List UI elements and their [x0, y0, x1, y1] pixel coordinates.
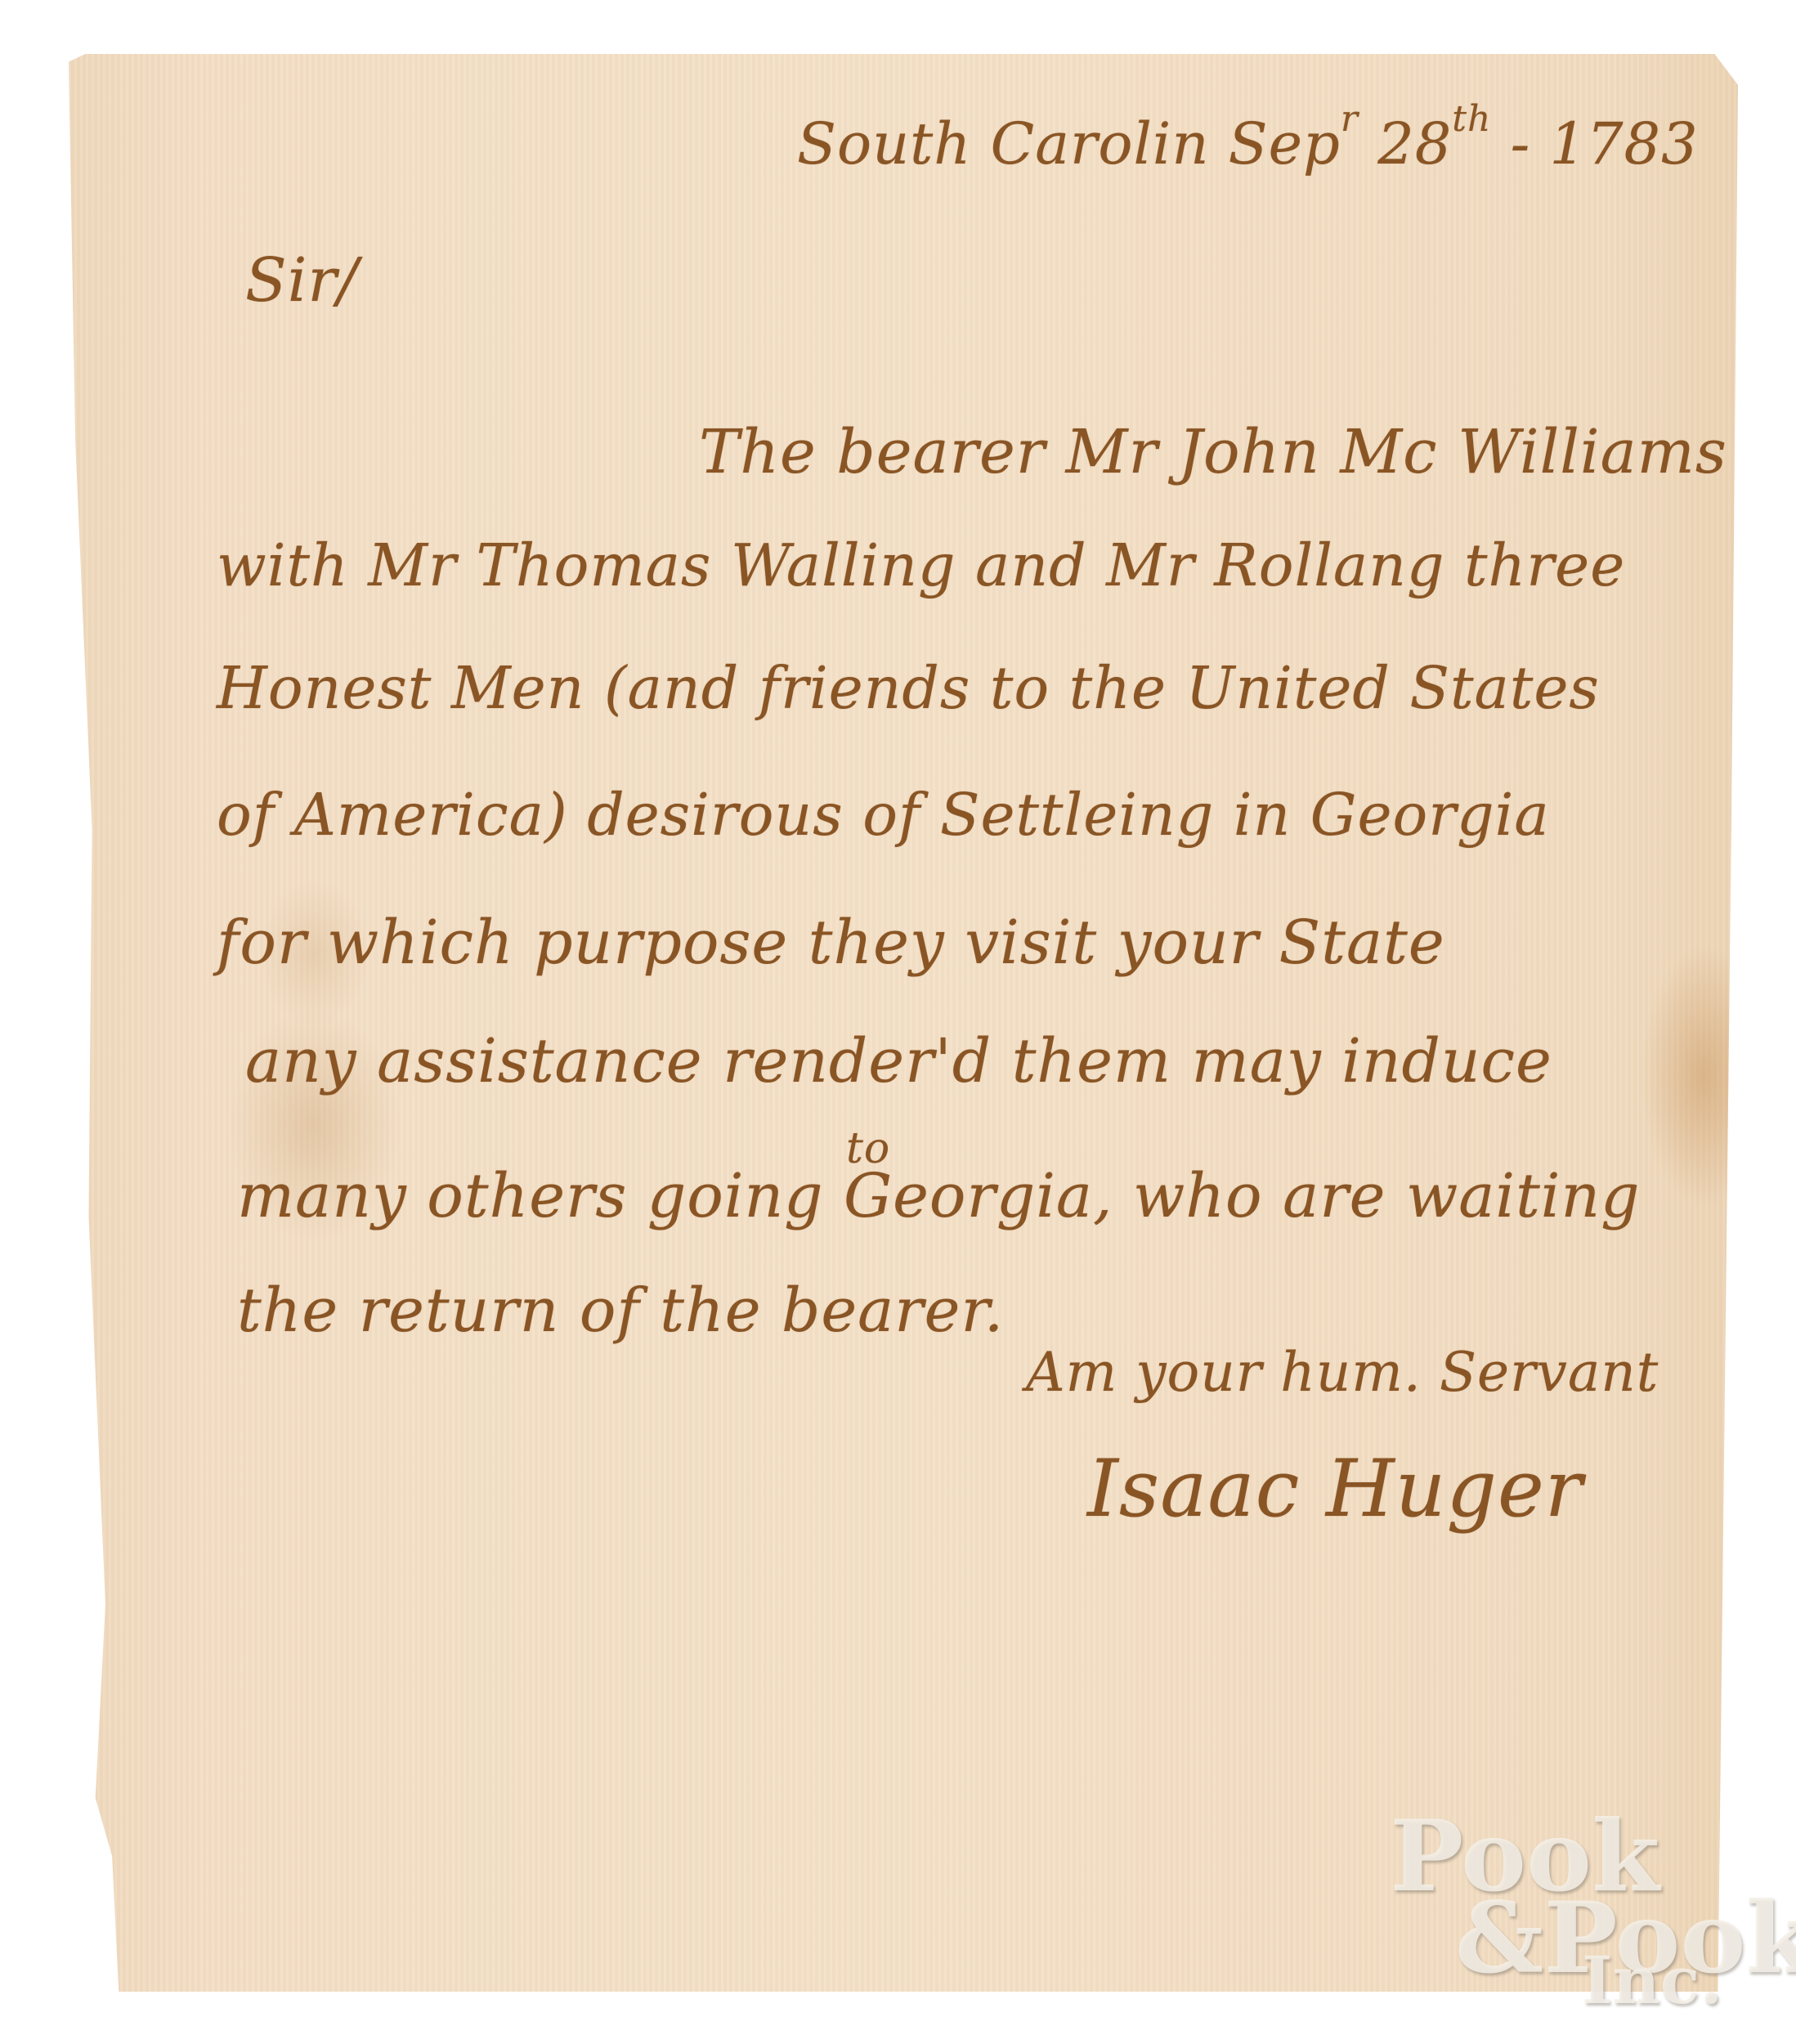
dateline-year: - 1783 [1511, 110, 1699, 177]
body-line-4: of America) desirous of Settleing in Geo… [217, 781, 1550, 849]
body-line-6: any assistance render'd them may induce [245, 1026, 1552, 1096]
body-line-3: Honest Men (and friends to the United St… [217, 654, 1600, 722]
dateline: South Carolin Sepr 28th - 1783 [797, 98, 1699, 177]
body-line-7: many others going Georgia, who are waiti… [237, 1161, 1641, 1231]
watermark-line-3: Inc. [1582, 1942, 1722, 2019]
signature: Isaac Huger [1087, 1443, 1583, 1535]
body-line-1: The bearer Mr John Mc Williams [699, 417, 1727, 487]
dateline-month: Sep [1229, 110, 1341, 177]
salutation: Sir/ [245, 245, 359, 316]
dateline-month-suffix: r [1341, 98, 1359, 140]
body-line-5: for which purpose they visit your State [217, 908, 1445, 978]
closing: Am your hum. Servant [1026, 1341, 1659, 1404]
letter-paper [69, 54, 1738, 1992]
dateline-day: 28 [1377, 110, 1452, 177]
dateline-place: South Carolin [797, 110, 1209, 177]
body-line-8: the return of the bearer. [237, 1275, 1004, 1346]
dateline-day-suffix: th [1452, 98, 1491, 140]
body-line-2: with Mr Thomas Walling and Mr Rollang th… [217, 531, 1625, 599]
